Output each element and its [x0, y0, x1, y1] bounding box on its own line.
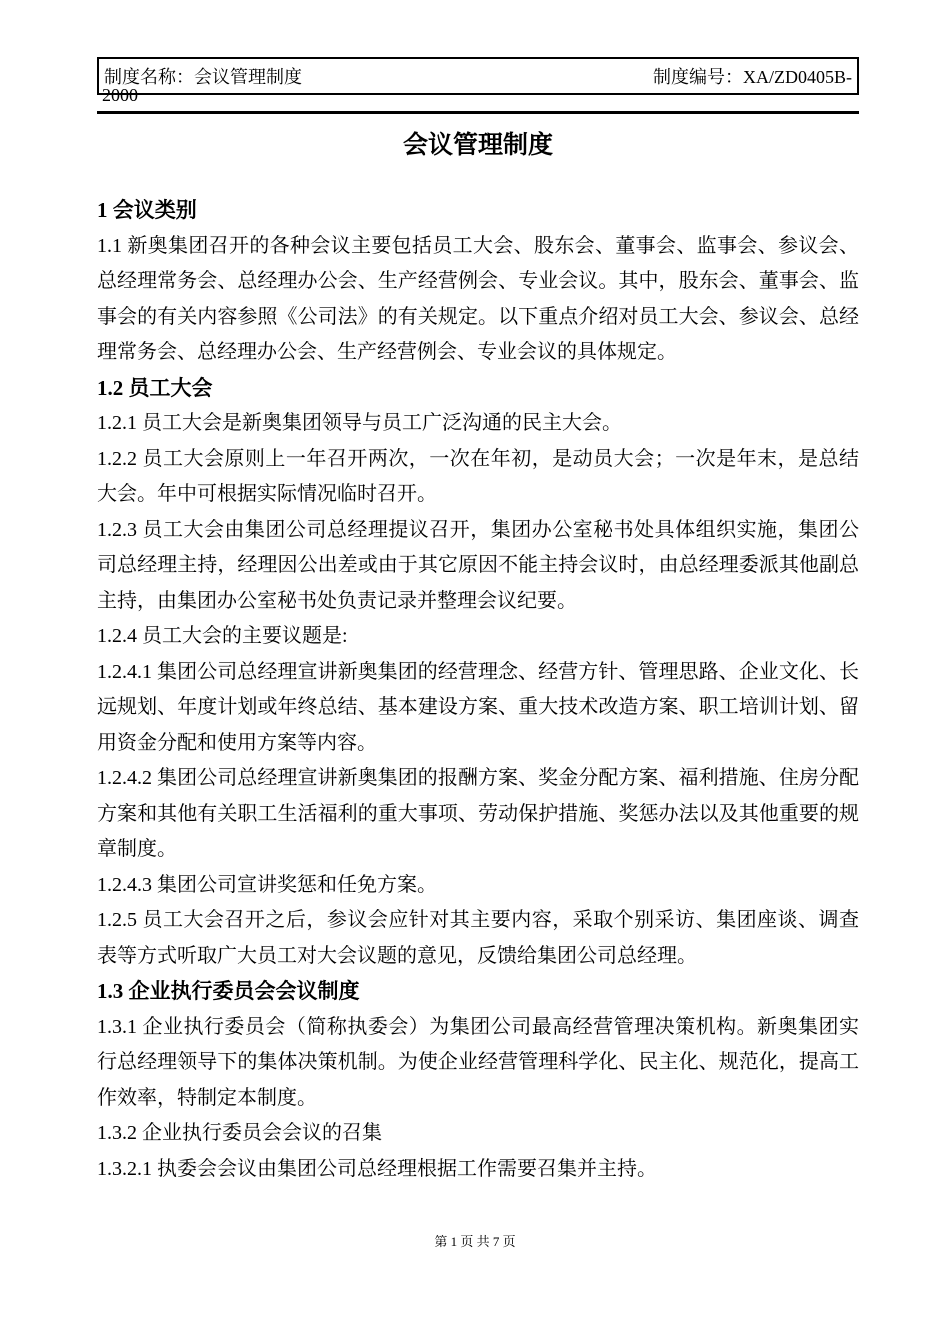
paragraph: 1.2.5 员工大会召开之后，参议会应针对其主要内容，采取个别采访、集团座谈、调…: [97, 903, 859, 974]
paragraph: 1.2.1 员工大会是新奥集团领导与员工广泛沟通的民主大会。: [97, 406, 859, 442]
paragraph: 1.2.4.1 集团公司总经理宣讲新奥集团的经营理念、经营方针、管理思路、企业文…: [97, 655, 859, 762]
paragraph: 1.2.2 员工大会原则上一年召开两次，一次在年初，是动员大会；一次是年末，是总…: [97, 442, 859, 513]
paragraph: 1.2.4 员工大会的主要议题是:: [97, 619, 859, 655]
paragraph: 1.2.4.2 集团公司总经理宣讲新奥集团的报酬方案、奖金分配方案、福利措施、住…: [97, 761, 859, 868]
document-title: 会议管理制度: [97, 129, 859, 163]
paragraph: 1.2.4.3 集团公司宣讲奖惩和任免方案。: [97, 868, 859, 904]
paragraph: 1.3.1 企业执行委员会（简称执委会）为集团公司最高经营管理决策机构。新奥集团…: [97, 1010, 859, 1117]
header-divider: [97, 111, 859, 114]
policy-number-overflow: 2000: [102, 85, 138, 105]
section-heading: 1.3 企业执行委员会会议制度: [97, 974, 859, 1010]
paragraph: 1.1 新奥集团召开的各种会议主要包括员工大会、股东会、董事会、监事会、参议会、…: [97, 229, 859, 371]
page-footer: 第 1 页 共 7 页: [0, 1233, 950, 1251]
paragraph: 1.3.2 企业执行委员会会议的召集: [97, 1116, 859, 1152]
section-heading: 1 会议类别: [97, 193, 859, 229]
policy-number-label: 制度编号：XA/ZD0405B-: [653, 63, 852, 89]
document-page: 制度名称：会议管理制度 制度编号：XA/ZD0405B- 2000 会议管理制度…: [97, 0, 859, 1187]
section-heading: 1.2 员工大会: [97, 371, 859, 407]
document-header: 制度名称：会议管理制度 制度编号：XA/ZD0405B- 2000: [97, 57, 859, 95]
document-body: 1 会议类别1.1 新奥集团召开的各种会议主要包括员工大会、股东会、董事会、监事…: [97, 193, 859, 1187]
paragraph: 1.2.3 员工大会由集团公司总经理提议召开，集团办公室秘书处具体组织实施，集团…: [97, 513, 859, 620]
paragraph: 1.3.2.1 执委会会议由集团公司总经理根据工作需要召集并主持。: [97, 1152, 859, 1188]
